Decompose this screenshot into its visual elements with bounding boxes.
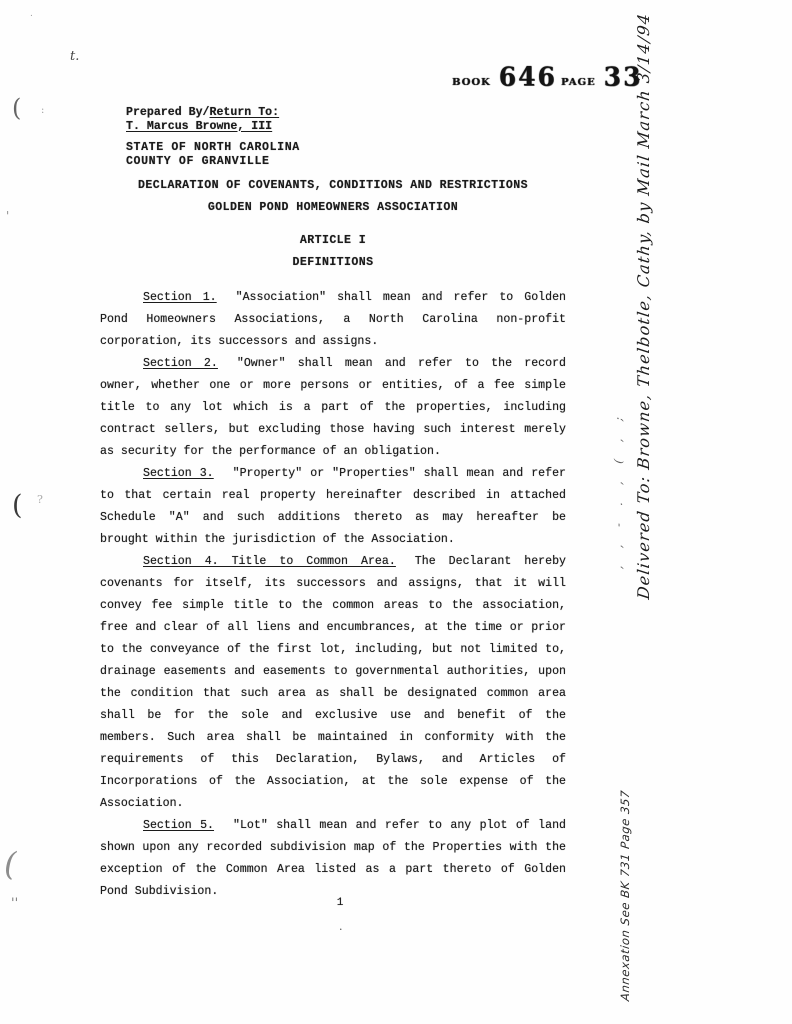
scan-mark: (: [12, 492, 23, 519]
scan-mark: '': [11, 897, 18, 910]
article-heading: ARTICLE I: [100, 234, 566, 247]
section-3-label: Section 3.: [143, 467, 214, 480]
scan-mark: (: [12, 96, 21, 120]
scan-mark: :: [41, 106, 44, 116]
jurisdiction-block: STATE OF NORTH CAROLINA COUNTY OF GRANVI…: [126, 141, 300, 168]
scan-mark: ?: [37, 494, 43, 505]
section-4-text: The Declarant hereby covenants for itsel…: [100, 555, 566, 810]
prepared-by-name: T. Marcus Browne, III: [126, 120, 279, 134]
section-2-paragraph: Section 2."Owner" shall mean and refer t…: [100, 353, 566, 463]
page-number: 1: [330, 897, 350, 909]
stamp-page-label: PAGE: [561, 78, 596, 88]
section-2-label: Section 2.: [143, 357, 218, 370]
county-line: COUNTY OF GRANVILLE: [126, 155, 300, 169]
state-line: STATE OF NORTH CAROLINA: [126, 141, 300, 155]
section-4-paragraph: Section 4. Title to Common Area.The Decl…: [100, 551, 566, 815]
book-page-stamp: BOOK 646 PAGE 33: [452, 62, 642, 91]
section-1-paragraph: Section 1."Association" shall mean and r…: [100, 287, 566, 353]
section-5-label: Section 5.: [143, 819, 214, 832]
section-1-label: Section 1.: [143, 291, 217, 304]
section-4-label: Section 4. Title to Common Area.: [143, 555, 396, 568]
handwritten-fragments: , , - . , ( , ;: [612, 248, 625, 570]
article-subheading: DEFINITIONS: [100, 256, 566, 269]
scan-mark: t.: [70, 50, 79, 63]
handwritten-delivery-note: Delivered To: Browne, Thelbotle, Cathy, …: [634, 36, 653, 600]
stamp-book-label: BOOK: [452, 78, 491, 88]
document-body: Section 1."Association" shall mean and r…: [100, 287, 566, 903]
prepared-by-line: Prepared By/Return To:: [126, 106, 279, 120]
stamp-book-number: 646: [499, 61, 557, 91]
scanned-document-page: BOOK 646 PAGE 33 Prepared By/Return To: …: [0, 0, 792, 1024]
section-2-text: "Owner" shall mean and refer to the reco…: [100, 357, 566, 458]
scan-mark: .: [339, 921, 343, 932]
document-subtitle: GOLDEN POND HOMEOWNERS ASSOCIATION: [100, 201, 566, 214]
scan-mark: ': [6, 210, 9, 222]
scan-mark: (: [4, 848, 16, 880]
prepared-by-block: Prepared By/Return To: T. Marcus Browne,…: [126, 106, 279, 133]
document-title: DECLARATION OF COVENANTS, CONDITIONS AND…: [100, 179, 566, 192]
section-3-paragraph: Section 3."Property" or "Properties" sha…: [100, 463, 566, 551]
handwritten-reference-note: Annexation See BK 731 Page 357: [618, 804, 632, 1002]
section-5-paragraph: Section 5."Lot" shall mean and refer to …: [100, 815, 566, 903]
scan-mark: .: [30, 10, 33, 19]
